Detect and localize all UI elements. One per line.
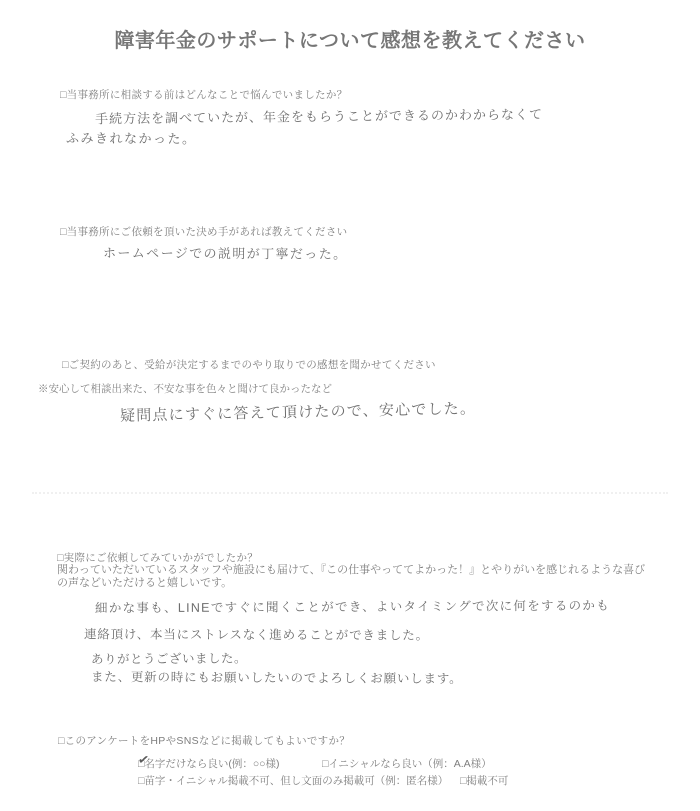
- checkbox-unchecked: □: [322, 758, 328, 770]
- question-4-subtext: 関わっていただいているスタッフや施設にも届けて、『この仕事やっててよかった！』と…: [57, 564, 653, 590]
- checkbox-unchecked: □: [138, 775, 144, 787]
- option-label: 名字だけなら良い(例：○○様): [144, 758, 279, 770]
- page-title: 障害年金のサポートについて感想を教えてください: [0, 24, 700, 53]
- question-2-label: □当事務所にご依頼を頂いた決め手があれば教えてください: [60, 224, 347, 239]
- question-4-handwritten-answer-line: ありがとうございました。: [91, 648, 247, 667]
- publish-option-family-name: □ ✓ 名字だけなら良い(例：○○様): [138, 756, 280, 771]
- option-label: 掲載不可: [466, 775, 508, 787]
- question-3-label: □ご契約のあと、受給が決定するまでのやり取りでの感想を聞かせてください: [62, 357, 436, 372]
- scanned-questionnaire-page: 障害年金のサポートについて感想を教えてください □当事務所に相談する前はどんなこ…: [0, 0, 700, 811]
- publish-option-no-publish: □ 掲載不可: [460, 773, 508, 788]
- publish-option-text-only-anonymous: □ 苗字・イニシャル掲載不可、但し文面のみ掲載可（例：匿名様）: [138, 773, 448, 788]
- question-3-note: ※安心して相談出来た、不安な事を色々と聞けて良かったなど: [38, 383, 346, 396]
- publish-option-initials: □ イニシャルなら良い（例：A.A様）: [322, 756, 492, 771]
- checkbox-unchecked: □: [460, 775, 466, 787]
- question-1-handwritten-answer-line: 手続方法を調べていたが、年金をもらうことができるのかわからなくて: [95, 104, 543, 128]
- option-label: イニシャルなら良い（例：A.A様）: [328, 758, 491, 770]
- question-5-label: □このアンケートをHPやSNSなどに掲載してもよいですか？: [58, 733, 350, 748]
- question-4-handwritten-answer-line: また、更新の時にもお願いしたいのでよろしくお願いします。: [91, 667, 462, 687]
- checkbox-icon: □: [322, 758, 328, 770]
- checkbox-icon: □: [460, 775, 466, 787]
- question-3-handwritten-answer-line: 疑問点にすぐに答えて頂けたので、安心でした。: [120, 397, 476, 425]
- question-1-label: □当事務所に相談する前はどんなことで悩んでいましたか？: [60, 87, 347, 102]
- faint-dotted-separator: [32, 492, 668, 494]
- checkbox-checked: □ ✓: [138, 758, 144, 770]
- question-2-handwritten-answer-line: ホームページでの説明が丁寧だった。: [103, 242, 348, 262]
- question-1-handwritten-answer-line: ふみきれなかった。: [66, 128, 197, 148]
- checkbox-icon: □: [138, 775, 144, 787]
- question-4-handwritten-answer-line: 連絡頂け、本当にストレスなく進めることができました。: [84, 624, 429, 643]
- question-4-handwritten-answer-line: 細かな事も、LINEですぐに聞くことができ、よいタイミングで次に何をするのかも: [95, 596, 610, 617]
- question-4-label: □実際にご依頼してみていかがでしたか？: [57, 550, 258, 565]
- option-label: 苗字・イニシャル掲載不可、但し文面のみ掲載可（例：匿名様）: [144, 775, 448, 787]
